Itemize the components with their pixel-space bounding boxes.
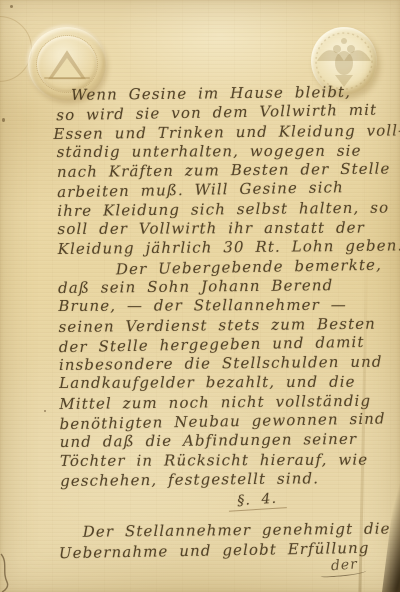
ink-speck — [10, 5, 13, 8]
ink-speck — [2, 118, 5, 122]
seal-triangle-base — [44, 77, 90, 79]
section-heading: §. 4. — [228, 490, 287, 512]
emboss-pressure-arc — [0, 16, 32, 82]
stray-ink-stroke — [0, 552, 14, 592]
handwriting-line: Brune, — der Stellannehmer — — [58, 296, 400, 317]
handwriting-line: ihre Kleidung sich selbst halten, so — [57, 198, 399, 221]
handwriting-line: Landkaufgelder bezahlt, und die — [59, 373, 400, 394]
ink-speck — [44, 410, 46, 412]
handwriting-line: ständig unterhalten, wogegen sie — [57, 141, 399, 162]
manuscript-page: Wenn Gesine im Hause bleibt, so wird sie… — [0, 0, 400, 592]
catchword: der — [330, 556, 366, 577]
closing-paragraph: Der Stellannehmer genehmigt die Uebernah… — [61, 520, 400, 562]
handwriting-line: soll der Vollwirth ihr anstatt der — [57, 219, 399, 240]
handwritten-text-block: Wenn Gesine im Hause bleibt, so wird sie… — [56, 82, 400, 561]
handwriting-line: Töchter in Rücksicht hierauf, wie — [60, 450, 400, 471]
handwriting-line: geschehen, festgestellt sind. — [60, 468, 400, 491]
